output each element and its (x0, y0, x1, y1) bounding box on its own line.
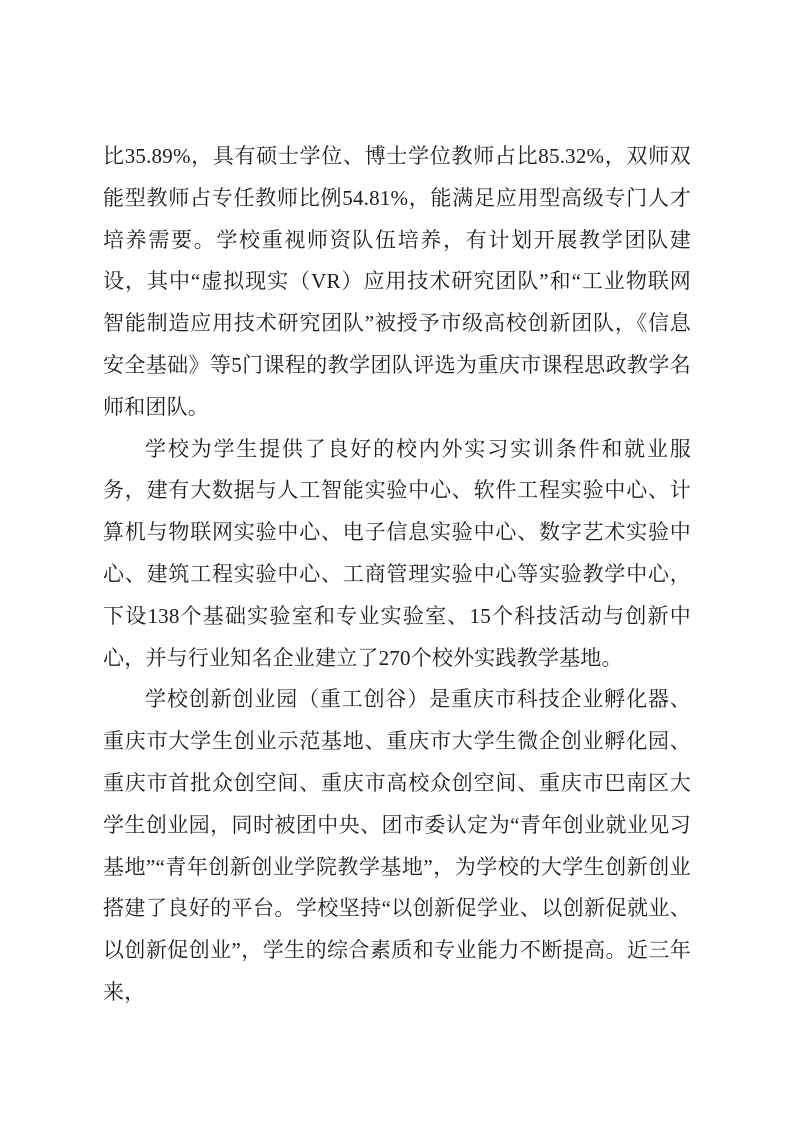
document-page: 比35.89%，具有硕士学位、博士学位教师占比85.32%，双师双能型教师占专任… (0, 0, 793, 1122)
paragraph-labs-facilities: 学校为学生提供了良好的校内外实习实训条件和就业服务，建有大数据与人工智能实验中心… (103, 429, 691, 680)
paragraph-continuation-faculty: 比35.89%，具有硕士学位、博士学位教师占比85.32%，双师双能型教师占专任… (103, 136, 691, 429)
paragraph-innovation-park: 学校创新创业园（重工创谷）是重庆市科技企业孵化器、重庆市大学生创业示范基地、重庆… (103, 679, 691, 1013)
text-block: 比35.89%，具有硕士学位、博士学位教师占比85.32%，双师双能型教师占专任… (103, 136, 691, 1014)
